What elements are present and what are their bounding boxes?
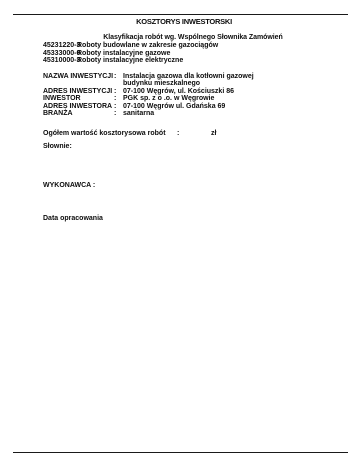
header-rule <box>13 14 348 15</box>
kosztorys-cover-page: KOSZTORYS INWESTORSKI Klasyfikacja robót… <box>0 0 360 466</box>
footer-rule <box>13 452 348 453</box>
classification-code: 45310000-3 <box>43 57 80 65</box>
date-of-preparation-label: Data opracowania <box>43 215 103 223</box>
contractor-row: WYKONAWCA : <box>0 182 360 190</box>
classification-entry: 45310000-3 Roboty instalacyjne elektrycz… <box>0 57 360 65</box>
classification-description: Roboty instalacyjne elektryczne <box>77 57 183 65</box>
detail-value: sanitarna <box>123 110 154 118</box>
date-of-preparation-row: Data opracowania <box>0 215 360 223</box>
total-cost-separator: : <box>177 130 179 138</box>
detail-label: BRANŻA <box>43 110 73 118</box>
total-cost-label: Ogółem wartość kosztorysowa robót <box>43 130 166 138</box>
amount-in-words-label: Słownie: <box>43 143 72 151</box>
classification-heading: Klasyfikacja robót wg. Wspólnego Słownik… <box>0 34 360 42</box>
amount-in-words-row: Słownie: <box>0 143 360 151</box>
contractor-label: WYKONAWCA : <box>43 182 95 190</box>
total-cost-row: Ogółem wartość kosztorysowa robót : zł <box>0 130 360 138</box>
document-title: KOSZTORYS INWESTORSKI <box>0 18 360 26</box>
detail-separator: : <box>114 110 116 118</box>
currency-label: zł <box>211 130 216 138</box>
detail-row-branza: BRANŻA : sanitarna <box>0 110 360 118</box>
